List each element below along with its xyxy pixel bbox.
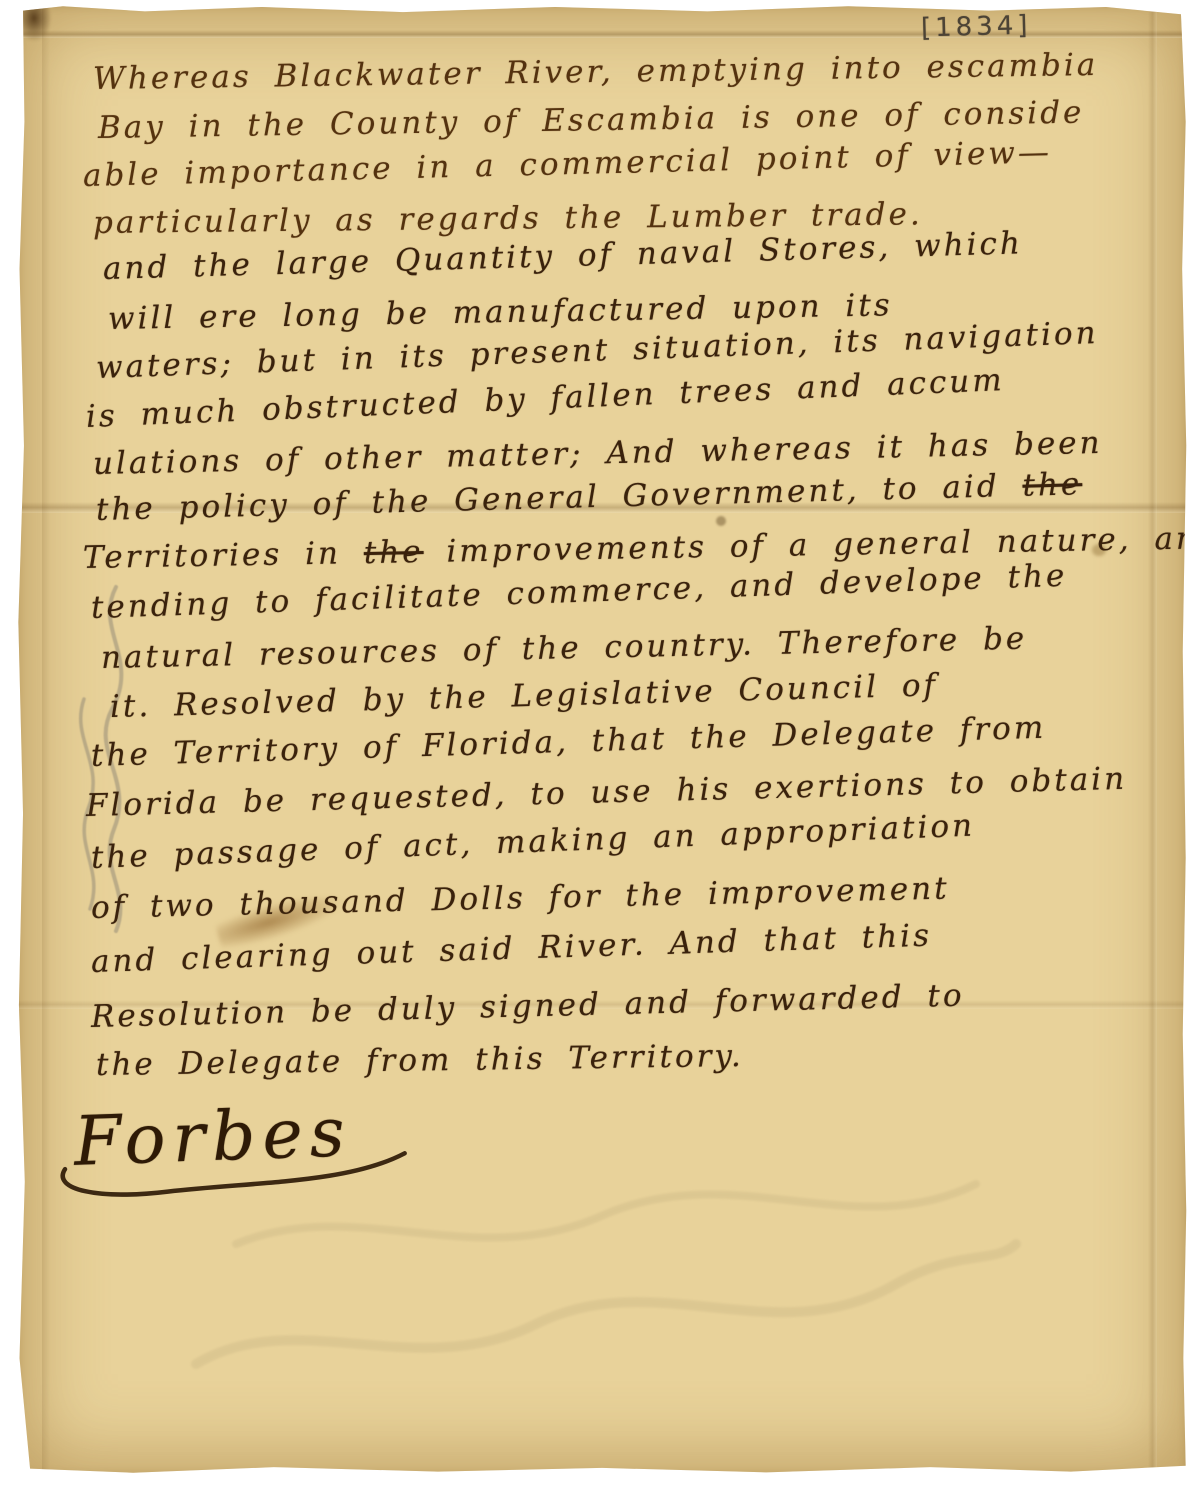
manuscript-line: Whereas Blackwater River, emptying into … (93, 48, 1099, 96)
paper-speck (716, 516, 726, 526)
line-text: Resolution be duly signed and forwarded … (91, 978, 965, 1035)
struck-word: the (364, 534, 424, 571)
fold-crease-vertical (1148, 4, 1157, 1476)
manuscript-line: Resolution be duly signed and forwarded … (91, 979, 965, 1034)
line-text: of two thousand Dolls for the improvemen… (91, 871, 950, 926)
manuscript-line: natural resources of the country. Theref… (101, 622, 1028, 675)
line-text: improvements of a general nature, and (423, 520, 1200, 570)
signature-forbes: Forbes (73, 1099, 353, 1177)
fold-crease-left (42, 4, 50, 1476)
manuscript-line: the Delegate from this Territory. (96, 1039, 744, 1082)
ink-blot-corner (22, 2, 52, 42)
struck-word: the (1022, 466, 1083, 504)
manuscript-line: of two thousand Dolls for the improvemen… (91, 872, 950, 926)
manuscript-line: able importance in a commercial point of… (83, 135, 1053, 193)
manuscript-page: [1834] Whereas Blackwater River, emptyin… (16, 4, 1188, 1476)
line-text: Whereas Blackwater River, emptying into … (93, 47, 1099, 97)
year-annotation: [1834] (921, 11, 1032, 44)
line-text: Territories in (83, 535, 364, 576)
line-text: the Delegate from this Territory. (96, 1038, 744, 1083)
document-scan: [1834] Whereas Blackwater River, emptyin… (0, 0, 1200, 1489)
